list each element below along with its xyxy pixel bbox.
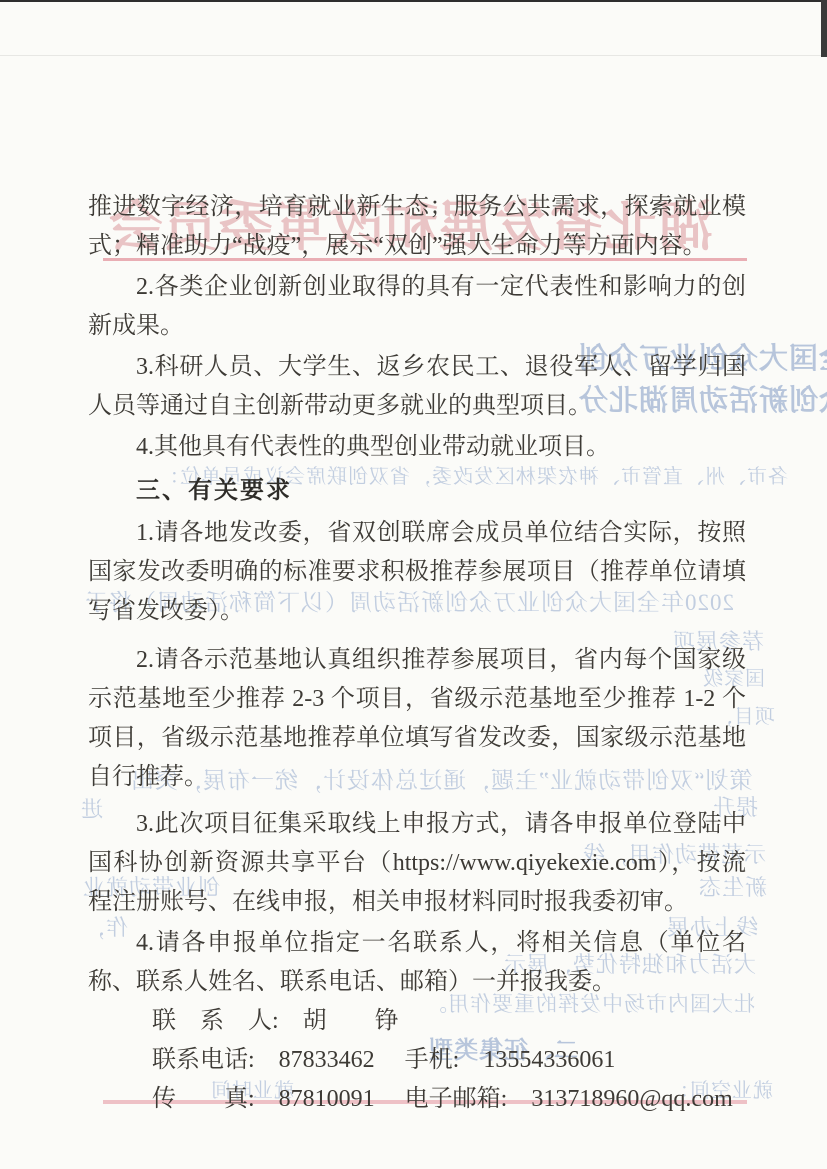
body-paragraph: 4.其他具有代表性的典型创业带动就业项目。 [88,428,746,467]
body-paragraph: 3.科研人员、大学生、返乡农民工、退役军人、留学归国人员等通过自主创新带动更多就… [88,348,746,426]
requirement-paragraph: 3.此次项目征集采取线上申报方式，请各申报单位登陆中国科协创新资源共享平台（ht… [88,805,746,922]
contact-person-line: 联 系 人: 胡 铮 [88,1002,746,1041]
contact-phone-line: 联系电话: 87833462 手机: 13554336061 [88,1041,746,1080]
requirement-paragraph: 4.请各申报单位指定一名联系人，将相关信息（单位名称、联系人姓名、联系电话、邮箱… [88,924,746,1002]
requirement-paragraph: 1.请各地发改委，省双创联席会成员单位结合实际，按照国家发改委明确的标准要求积极… [88,514,746,631]
scanned-document-page: 湖北省发展和改革委员会年全国大众创业万众创万众创新活动周湖北分各市、州、直管市、… [0,0,827,1169]
scan-edge-artifact [0,0,827,2]
scan-edge-artifact [0,55,827,56]
contact-fax-email-line: 传 真: 87810091 电子邮箱: 313718960@qq.com [88,1080,746,1119]
body-paragraph: 推进数字经济，培育就业新生态；服务公共需求，探索就业模式；精准助力“战疫”，展示… [88,188,746,266]
scan-edge-artifact [821,0,827,57]
body-paragraph: 2.各类企业创新创业取得的具有一定代表性和影响力的创新成果。 [88,268,746,346]
requirement-paragraph: 2.请各示范基地认真组织推荐参展项目，省内每个国家级示范基地至少推荐 2-3 个… [88,641,746,797]
section-heading: 三、有关要求 [88,471,746,510]
document-body: 推进数字经济，培育就业新生态；服务公共需求，探索就业模式；精准助力“战疫”，展示… [88,188,746,1119]
